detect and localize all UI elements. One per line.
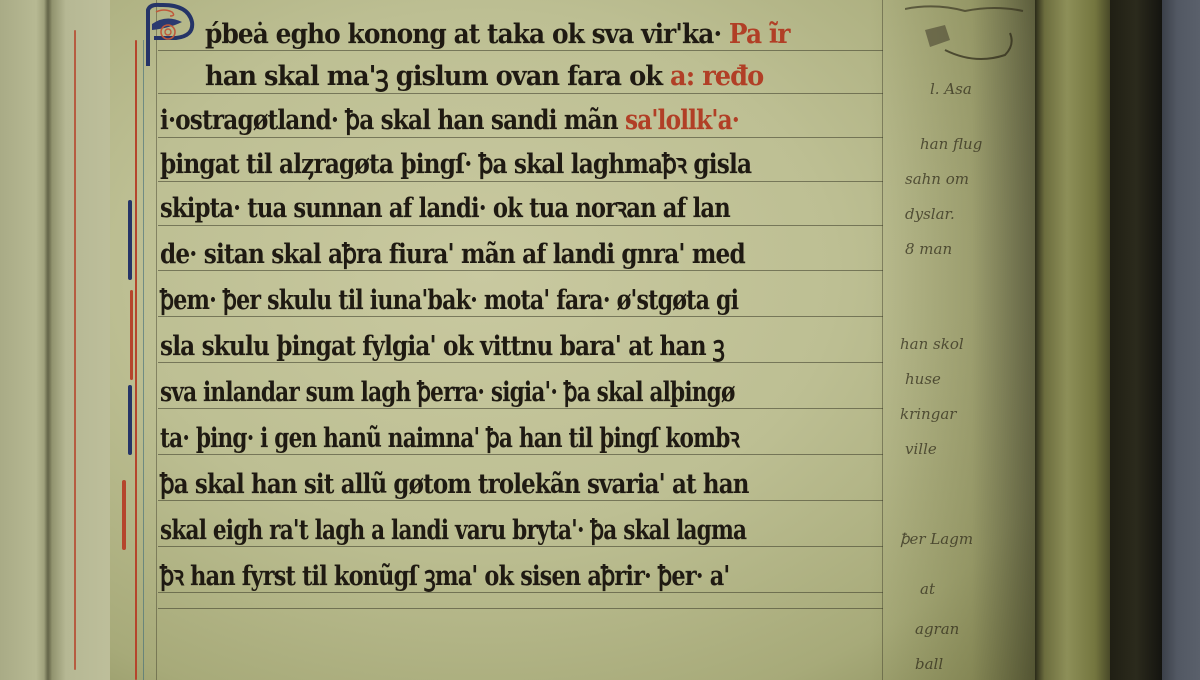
text-line: sva inlandar sum lagh ꝥerra· sigia'· ꝥa …: [160, 378, 735, 408]
marginal-note: at: [920, 580, 935, 598]
rubric: sa'lollk'a·: [625, 105, 739, 136]
ruling-line: [158, 181, 883, 182]
ruling-line: [158, 93, 883, 94]
illuminated-initial-p-icon: [140, 2, 202, 68]
text-line: i·ostragøtland· ꝥa skal han sandi mãn sa…: [160, 106, 739, 136]
gutter-crease: [44, 0, 52, 680]
marginal-note: ville: [905, 440, 937, 458]
ruling-line: [158, 608, 883, 609]
ruling-line: [158, 454, 883, 455]
penwork-red-stroke: [122, 480, 126, 550]
previous-leaf-gutter: [0, 0, 120, 680]
text-line: ꝥꝛ han fyrst til konũgſ ꝫma' ok sisen aꝥ…: [160, 562, 729, 592]
ruling-line: [158, 50, 883, 51]
ruling-left: [156, 0, 157, 680]
penwork-red-line: [74, 30, 76, 670]
penwork-blue-stroke: [128, 385, 132, 455]
marginal-note: dyslar.: [905, 205, 955, 223]
marginal-note: han flug: [920, 135, 982, 153]
ruling-line: [158, 546, 883, 547]
text-line: de· sitan skal aꝥra fiura' mãn af landi …: [160, 240, 745, 270]
marginal-note: sahn om: [905, 170, 969, 188]
text-line: han skal ma'ꝫ gislum ovan fara ok a: ređ…: [205, 62, 763, 92]
binding-cover: [1110, 0, 1162, 680]
penwork-blue-line: [143, 40, 144, 680]
ruling-line: [158, 225, 883, 226]
gray-backdrop: [1162, 0, 1200, 680]
ruling-line: [158, 137, 883, 138]
rubric: Pa ĩr: [729, 19, 790, 50]
rubric: a: ređo: [670, 61, 763, 92]
text-line: ꝥem· ꝥer skulu til iuna'bak· mota' fara·…: [160, 286, 738, 316]
marginal-note: l. Asa: [930, 80, 972, 98]
ruling-line: [158, 362, 883, 363]
ruling-line: [158, 592, 883, 593]
text-line: ṕbeȧ egho konong at taka ok sva vir'ka· …: [205, 20, 790, 50]
ruling-line: [158, 270, 883, 271]
text-line: skipta· tua sunnan af landi· ok tua norꝛ…: [160, 194, 730, 224]
marginal-note: ꝥer Lagm: [900, 530, 973, 548]
marginal-note: ball: [915, 655, 943, 673]
text-line: ꝥa skal han sit allũ gøtom trolekãn svar…: [160, 470, 749, 500]
penwork-blue-stroke: [128, 200, 132, 280]
text-line: ta· þing· i gen hanũ naimna' ꝥa han til …: [160, 424, 739, 454]
marginal-doodle-icon: [905, 5, 1025, 65]
marginal-note: kringar: [900, 405, 956, 423]
ruling-line: [158, 408, 883, 409]
marginal-note: 8 man: [905, 240, 952, 258]
text-line: þingat til alȥragøta þingſ· ꝥa skal lagh…: [160, 150, 751, 180]
ruling-line: [158, 500, 883, 501]
marginal-note: agran: [915, 620, 959, 638]
penwork-red-stroke: [130, 290, 133, 380]
marginal-note: han skol: [900, 335, 964, 353]
ruling-right: [882, 0, 883, 680]
text-line: skal eigh ra't lagh a landi varu bryta'·…: [160, 516, 746, 546]
marginal-note: huse: [905, 370, 941, 388]
text-line: sla skulu þingat fylgia' ok vittnu bara'…: [160, 332, 724, 362]
next-leaf-edge: [1035, 0, 1115, 680]
manuscript-photo: ṕbeȧ egho konong at taka ok sva vir'ka· …: [0, 0, 1200, 680]
ruling-line: [158, 316, 883, 317]
penwork-red-line: [135, 40, 137, 680]
